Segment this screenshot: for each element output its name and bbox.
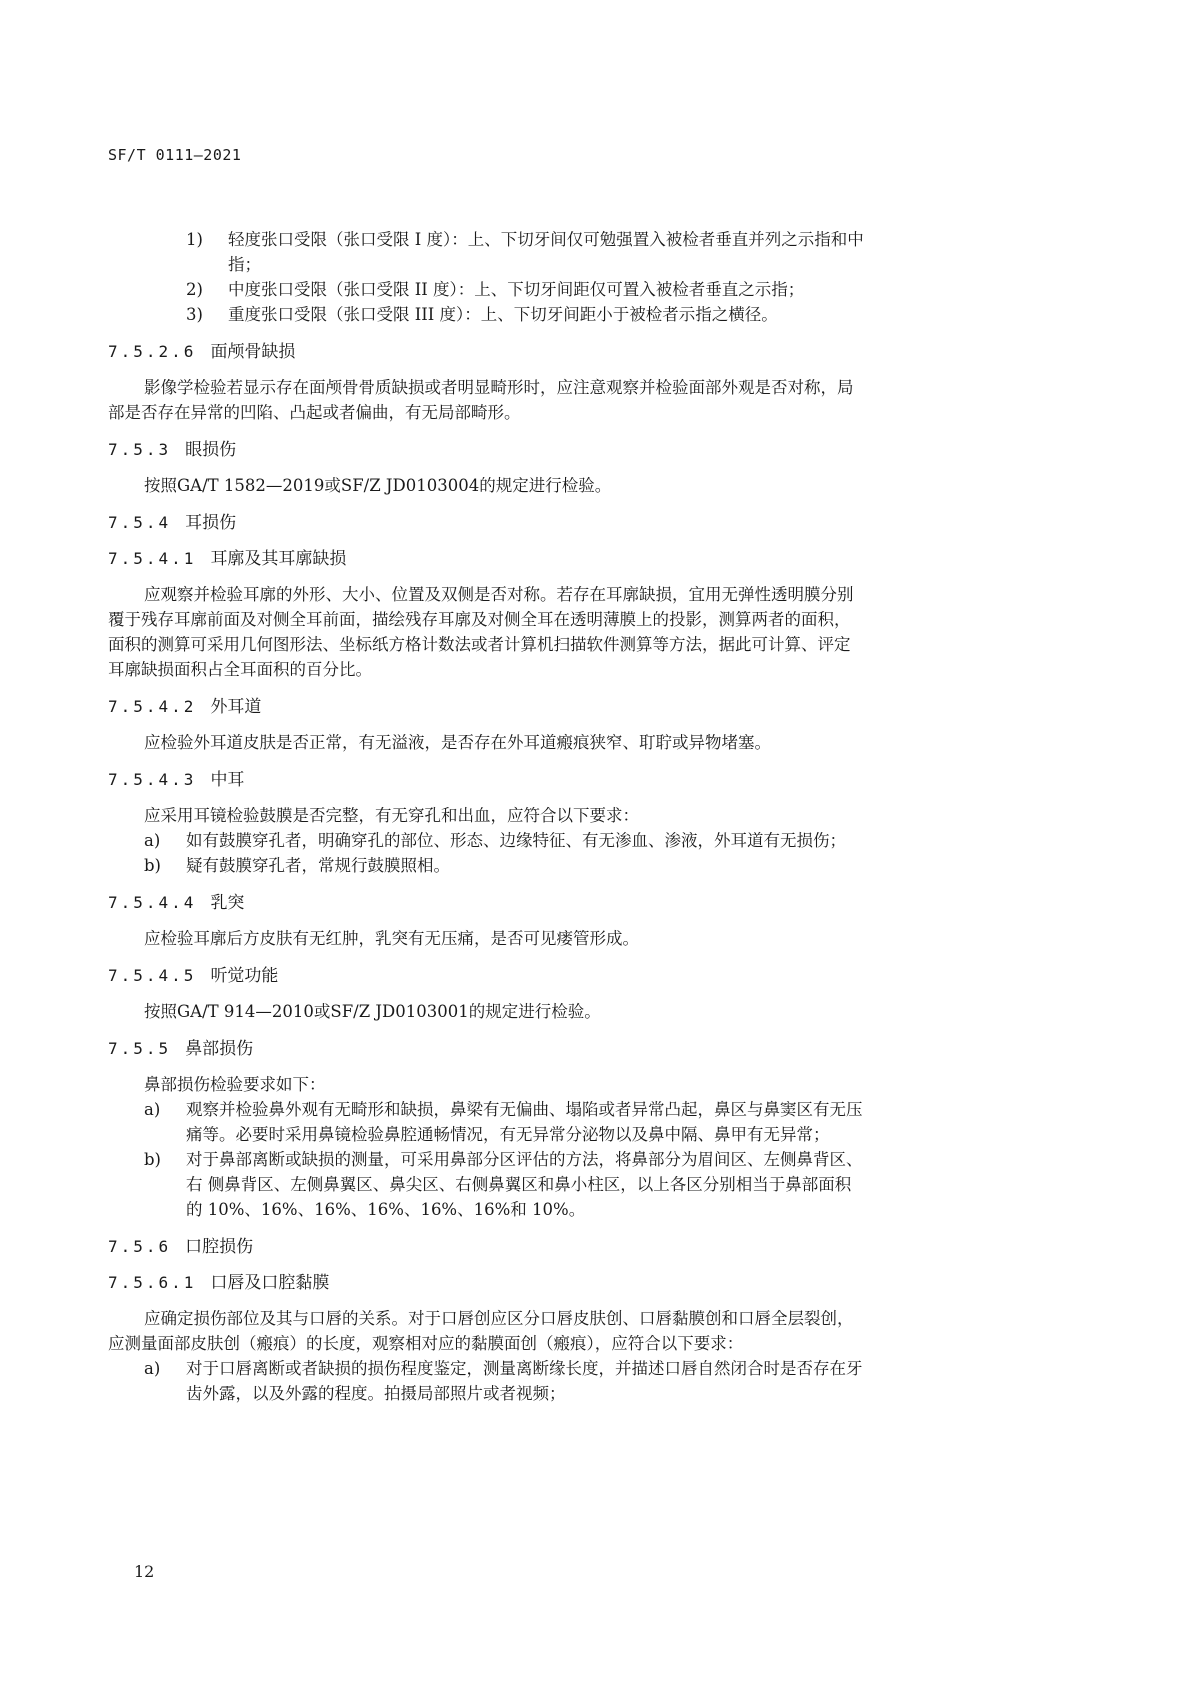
section-title: 听觉功能 (210, 966, 278, 986)
list-marker: b) (144, 854, 161, 878)
section-title: 鼻部损伤 (185, 1039, 253, 1059)
list-marker: b) (144, 1148, 161, 1172)
section-heading-7-5-6: 7.5.6口腔损伤 (108, 1235, 253, 1259)
section-title: 耳损伤 (185, 513, 236, 533)
paragraph-line: 按照GA/T 1582—2019或SF/Z JD0103004的规定进行检验。 (144, 474, 611, 498)
section-heading-7-5-6-1: 7.5.6.1口唇及口腔黏膜 (108, 1271, 329, 1295)
section-heading-7-5-4-2: 7.5.4.2外耳道 (108, 695, 261, 719)
section-number: 7.5.5 (108, 1037, 171, 1061)
section-number: 7.5.4.4 (108, 891, 196, 915)
paragraph-line: 面积的测算可采用几何图形法、坐标纸方格计数法或者计算机扫描软件测算等方法，据此可… (108, 633, 851, 657)
list-item-line: 轻度张口受限（张口受限 I 度）：上、下切牙间仅可勉强置入被检者垂直并列之示指和… (228, 228, 864, 252)
section-number: 7.5.4.3 (108, 768, 196, 792)
section-heading-7-5-4-5: 7.5.4.5听觉功能 (108, 964, 278, 988)
section-title: 乳突 (210, 893, 244, 913)
list-item-line: 观察并检验鼻外观有无畸形和缺损，鼻梁有无偏曲、塌陷或者异常凸起，鼻区与鼻窦区有无… (186, 1098, 863, 1122)
paragraph-line: 应检验耳廓后方皮肤有无红肿，乳突有无压痛，是否可见瘘管形成。 (144, 927, 639, 951)
section-title: 口唇及口腔黏膜 (210, 1273, 329, 1293)
section-number: 7.5.4.5 (108, 964, 196, 988)
section-title: 外耳道 (210, 697, 261, 717)
list-item-line: 中度张口受限（张口受限 II 度）：上、下切牙间距仅可置入被检者垂直之示指； (228, 278, 804, 302)
section-number: 7.5.6.1 (108, 1271, 196, 1295)
paragraph-line: 应确定损伤部位及其与口唇的关系。对于口唇创应区分口唇皮肤创、口唇黏膜创和口唇全层… (144, 1307, 854, 1331)
section-heading-7-5-4: 7.5.4耳损伤 (108, 511, 236, 535)
section-heading-7-5-4-1: 7.5.4.1耳廓及其耳廓缺损 (108, 547, 346, 571)
list-item-line: 指； (228, 253, 261, 277)
section-number: 7.5.3 (108, 438, 171, 462)
list-marker: a) (144, 829, 160, 853)
list-item-line: 痛等。必要时采用鼻镜检验鼻腔通畅情况，有无异常分泌物以及鼻中隔、鼻甲有无异常； (186, 1123, 830, 1147)
section-heading-7-5-5: 7.5.5鼻部损伤 (108, 1037, 253, 1061)
list-item-line: 对于口唇离断或者缺损的损伤程度鉴定，测量离断缘长度，并描述口唇自然闭合时是否存在… (186, 1357, 863, 1381)
list-item-line: 疑有鼓膜穿孔者，常规行鼓膜照相。 (186, 854, 450, 878)
section-number: 7.5.6 (108, 1235, 171, 1259)
list-marker: a) (144, 1357, 160, 1381)
paragraph-line: 覆于残存耳廓前面及对侧全耳前面，描绘残存耳廓及对侧全耳在透明薄膜上的投影，测算两… (108, 608, 851, 632)
list-item-line: 对于鼻部离断或缺损的测量，可采用鼻部分区评估的方法，将鼻部分为眉间区、左侧鼻背区… (186, 1148, 863, 1172)
document-code: SF/T 0111—2021 (108, 146, 241, 164)
section-title: 面颅骨缺损 (210, 342, 295, 362)
section-number: 7.5.4.2 (108, 695, 196, 719)
document-page: SF/T 0111—2021 1) 轻度张口受限（张口受限 I 度）：上、下切牙… (0, 0, 1199, 1696)
section-title: 中耳 (210, 770, 244, 790)
section-title: 眼损伤 (185, 440, 236, 460)
paragraph-line: 应观察并检验耳廓的外形、大小、位置及双侧是否对称。若存在耳廓缺损，宜用无弹性透明… (144, 583, 854, 607)
list-marker: 3) (186, 303, 203, 327)
section-number: 7.5.4 (108, 511, 171, 535)
section-heading-7-5-4-3: 7.5.4.3中耳 (108, 768, 244, 792)
list-item-line: 右 侧鼻背区、左侧鼻翼区、鼻尖区、右侧鼻翼区和鼻小柱区，以上各区分别相当于鼻部面… (186, 1173, 851, 1197)
paragraph-line: 影像学检验若显示存在面颅骨骨质缺损或者明显畸形时，应注意观察并检验面部外观是否对… (144, 376, 854, 400)
paragraph-line: 应测量面部皮肤创（瘢痕）的长度，观察相对应的黏膜面创（瘢痕），应符合以下要求： (108, 1332, 743, 1356)
list-item-line: 重度张口受限（张口受限 III 度）：上、下切牙间距小于被检者示指之横径。 (228, 303, 778, 327)
section-heading-7-5-3: 7.5.3眼损伤 (108, 438, 236, 462)
section-title: 口腔损伤 (185, 1237, 253, 1257)
paragraph-line: 鼻部损伤检验要求如下： (144, 1073, 326, 1097)
list-item-line: 的 10%、16%、16%、16%、16%、16%和 10%。 (186, 1198, 585, 1222)
paragraph-line: 应采用耳镜检验鼓膜是否完整，有无穿孔和出血，应符合以下要求： (144, 804, 639, 828)
list-marker: a) (144, 1098, 160, 1122)
section-title: 耳廓及其耳廓缺损 (210, 549, 346, 569)
section-heading-7-5-2-6: 7.5.2.6面颅骨缺损 (108, 340, 295, 364)
list-item-line: 齿外露，以及外露的程度。拍摄局部照片或者视频； (186, 1382, 566, 1406)
list-marker: 1) (186, 228, 203, 252)
paragraph-line: 部是否存在异常的凹陷、凸起或者偏曲，有无局部畸形。 (108, 401, 521, 425)
section-number: 7.5.2.6 (108, 340, 196, 364)
list-item-line: 如有鼓膜穿孔者，明确穿孔的部位、形态、边缘特征、有无渗血、渗液，外耳道有无损伤； (186, 829, 846, 853)
paragraph-line: 耳廓缺损面积占全耳面积的百分比。 (108, 658, 372, 682)
section-number: 7.5.4.1 (108, 547, 196, 571)
page-number: 12 (134, 1562, 154, 1581)
list-marker: 2) (186, 278, 203, 302)
section-heading-7-5-4-4: 7.5.4.4乳突 (108, 891, 244, 915)
paragraph-line: 应检验外耳道皮肤是否正常，有无溢液，是否存在外耳道瘢痕狭窄、耵聍或异物堵塞。 (144, 731, 771, 755)
paragraph-line: 按照GA/T 914—2010或SF/Z JD0103001的规定进行检验。 (144, 1000, 601, 1024)
